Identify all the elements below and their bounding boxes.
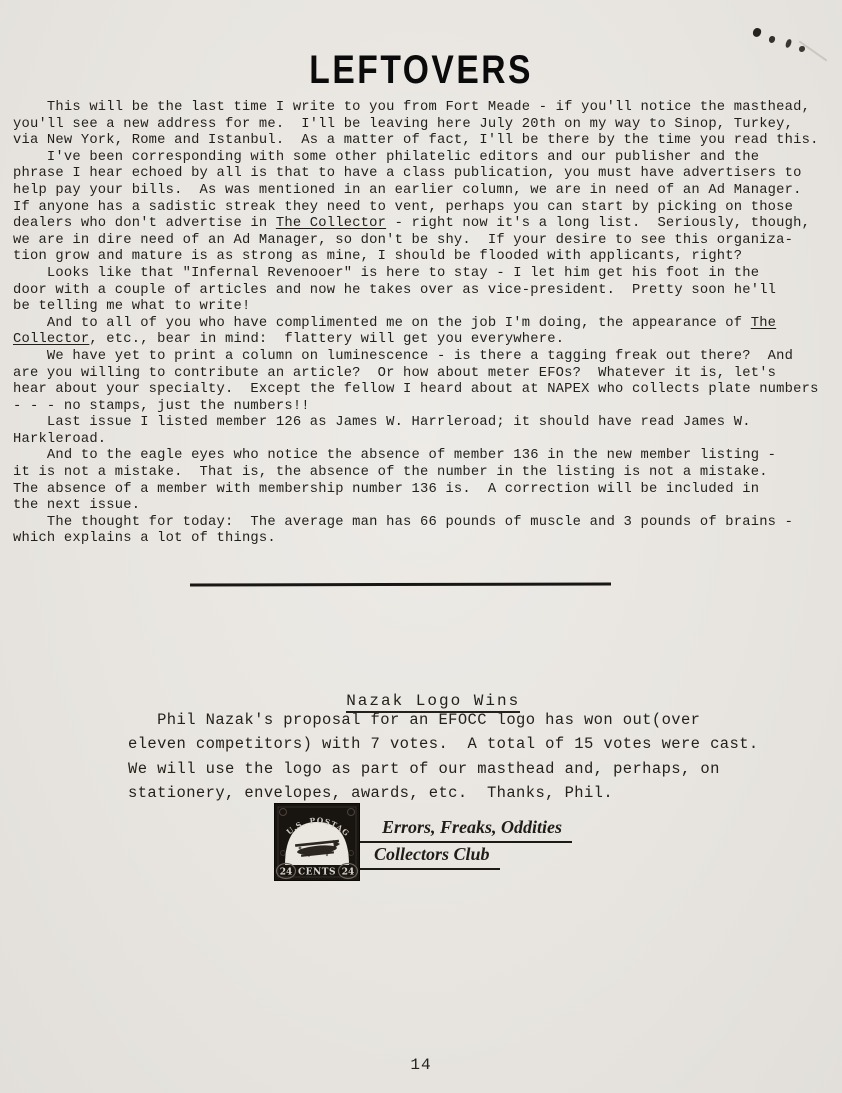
stamp-denomination-right: 24 [342, 868, 355, 878]
text-line: tion grow and mature is as strong as min… [13, 249, 839, 266]
text-segment: stationery, envelopes, awards, etc. Than… [128, 784, 613, 802]
club-name: Errors, Freaks, Oddities Collectors Club [360, 817, 572, 870]
section-divider [190, 582, 611, 586]
efocc-logo-stamp: U.S. POSTAGE 24 CENTS 24 [274, 803, 360, 886]
page-title-text: LEFTOVERS [309, 48, 533, 93]
text-line: If anyone has a sadistic streak they nee… [13, 200, 839, 217]
text-line: phrase I hear echoed by all is that to h… [13, 166, 839, 183]
text-segment: - - - no stamps, just the numbers!! [13, 399, 310, 414]
text-line: The thought for today: The average man h… [13, 515, 839, 532]
text-segment: I've been corresponding with some other … [13, 150, 759, 165]
text-segment: - right now it's a long list. Seriously,… [386, 216, 810, 231]
page-number: 14 [0, 1056, 842, 1074]
text-line: help pay your bills. As was mentioned in… [13, 183, 839, 200]
text-segment: are you willing to contribute an article… [13, 366, 776, 381]
text-segment: phrase I hear echoed by all is that to h… [13, 166, 802, 181]
stamp-denomination-word: CENTS [298, 868, 336, 878]
nazak-paragraph: Phil Nazak's proposal for an EFOCC logo … [128, 708, 759, 805]
text-line: - - - no stamps, just the numbers!! [13, 399, 839, 416]
text-line: This will be the last time I write to yo… [13, 100, 839, 117]
text-segment: we are in dire need of an Ad Manager, so… [13, 233, 793, 248]
text-segment: help pay your bills. As was mentioned in… [13, 183, 802, 198]
text-segment: The [751, 316, 776, 331]
text-segment: Phil Nazak's proposal for an EFOCC logo … [128, 711, 700, 729]
text-segment: If anyone has a sadistic streak they nee… [13, 200, 793, 215]
text-line: it is not a mistake. That is, the absenc… [13, 465, 839, 482]
stamp-denomination-left: 24 [280, 868, 293, 878]
text-segment: Collector [13, 332, 89, 347]
text-line: eleven competitors) with 7 votes. A tota… [128, 732, 759, 756]
text-segment: Harkleroad. [13, 432, 106, 447]
text-line: Harkleroad. [13, 432, 839, 449]
text-line: Phil Nazak's proposal for an EFOCC logo … [128, 708, 759, 732]
text-segment: Last issue I listed member 126 as James … [13, 415, 751, 430]
text-segment: door with a couple of articles and now h… [13, 283, 776, 298]
text-line: hear about your specialty. Except the fe… [13, 382, 839, 399]
page-title: LEFTOVERS [0, 48, 842, 93]
text-segment: tion grow and mature is as strong as min… [13, 249, 742, 264]
text-segment: The thought for today: The average man h… [13, 515, 793, 530]
text-segment: And to all of you who have complimented … [13, 316, 751, 331]
text-segment: it is not a mistake. That is, the absenc… [13, 465, 768, 480]
text-line: The absence of a member with membership … [13, 482, 839, 499]
text-segment: via New York, Rome and Istanbul. As a ma… [13, 133, 819, 148]
text-line: stationery, envelopes, awards, etc. Than… [128, 781, 759, 805]
text-line: I've been corresponding with some other … [13, 150, 839, 167]
text-line: door with a couple of articles and now h… [13, 283, 839, 300]
text-segment: the next issue. [13, 498, 140, 513]
article-text: This will be the last time I write to yo… [13, 100, 839, 548]
text-line: We will use the logo as part of our mast… [128, 757, 759, 781]
text-line: Looks like that "Infernal Revenooer" is … [13, 266, 839, 283]
text-line: And to the eagle eyes who notice the abs… [13, 448, 839, 465]
inverted-jenny-stamp-icon: U.S. POSTAGE 24 CENTS 24 [274, 803, 360, 881]
text-line: be telling me what to write! [13, 299, 839, 316]
text-line: you'll see a new address for me. I'll be… [13, 117, 839, 134]
text-segment: which explains a lot of things. [13, 531, 276, 546]
text-segment: This will be the last time I write to yo… [13, 100, 810, 115]
text-line: which explains a lot of things. [13, 531, 839, 548]
text-segment: The Collector [276, 216, 386, 231]
text-segment: dealers who don't advertise in [13, 216, 276, 231]
text-line: dealers who don't advertise in The Colle… [13, 216, 839, 233]
ink-smudge-dot [752, 27, 762, 38]
text-line: we are in dire need of an Ad Manager, so… [13, 233, 839, 250]
text-line: the next issue. [13, 498, 839, 515]
text-segment: We will use the logo as part of our mast… [128, 760, 720, 778]
text-line: Collector, etc., bear in mind: flattery … [13, 332, 839, 349]
text-line: Last issue I listed member 126 as James … [13, 415, 839, 432]
club-name-line1: Errors, Freaks, Oddities [360, 817, 572, 843]
newsletter-page: LEFTOVERS This will be the last time I w… [0, 0, 842, 1093]
club-name-line2: Collectors Club [360, 844, 500, 870]
text-segment: And to the eagle eyes who notice the abs… [13, 448, 776, 463]
text-segment: you'll see a new address for me. I'll be… [13, 117, 793, 132]
text-line: are you willing to contribute an article… [13, 366, 839, 383]
text-segment: , etc., bear in mind: flattery will get … [89, 332, 564, 347]
text-segment: We have yet to print a column on lumines… [13, 349, 793, 364]
text-line: We have yet to print a column on lumines… [13, 349, 839, 366]
ink-smudge-dot [769, 36, 776, 44]
text-segment: be telling me what to write! [13, 299, 250, 314]
text-segment: hear about your specialty. Except the fe… [13, 382, 819, 397]
text-line: via New York, Rome and Istanbul. As a ma… [13, 133, 839, 150]
text-segment: Looks like that "Infernal Revenooer" is … [13, 266, 759, 281]
text-segment: eleven competitors) with 7 votes. A tota… [128, 735, 759, 753]
text-line: And to all of you who have complimented … [13, 316, 839, 333]
text-segment: The absence of a member with membership … [13, 482, 759, 497]
